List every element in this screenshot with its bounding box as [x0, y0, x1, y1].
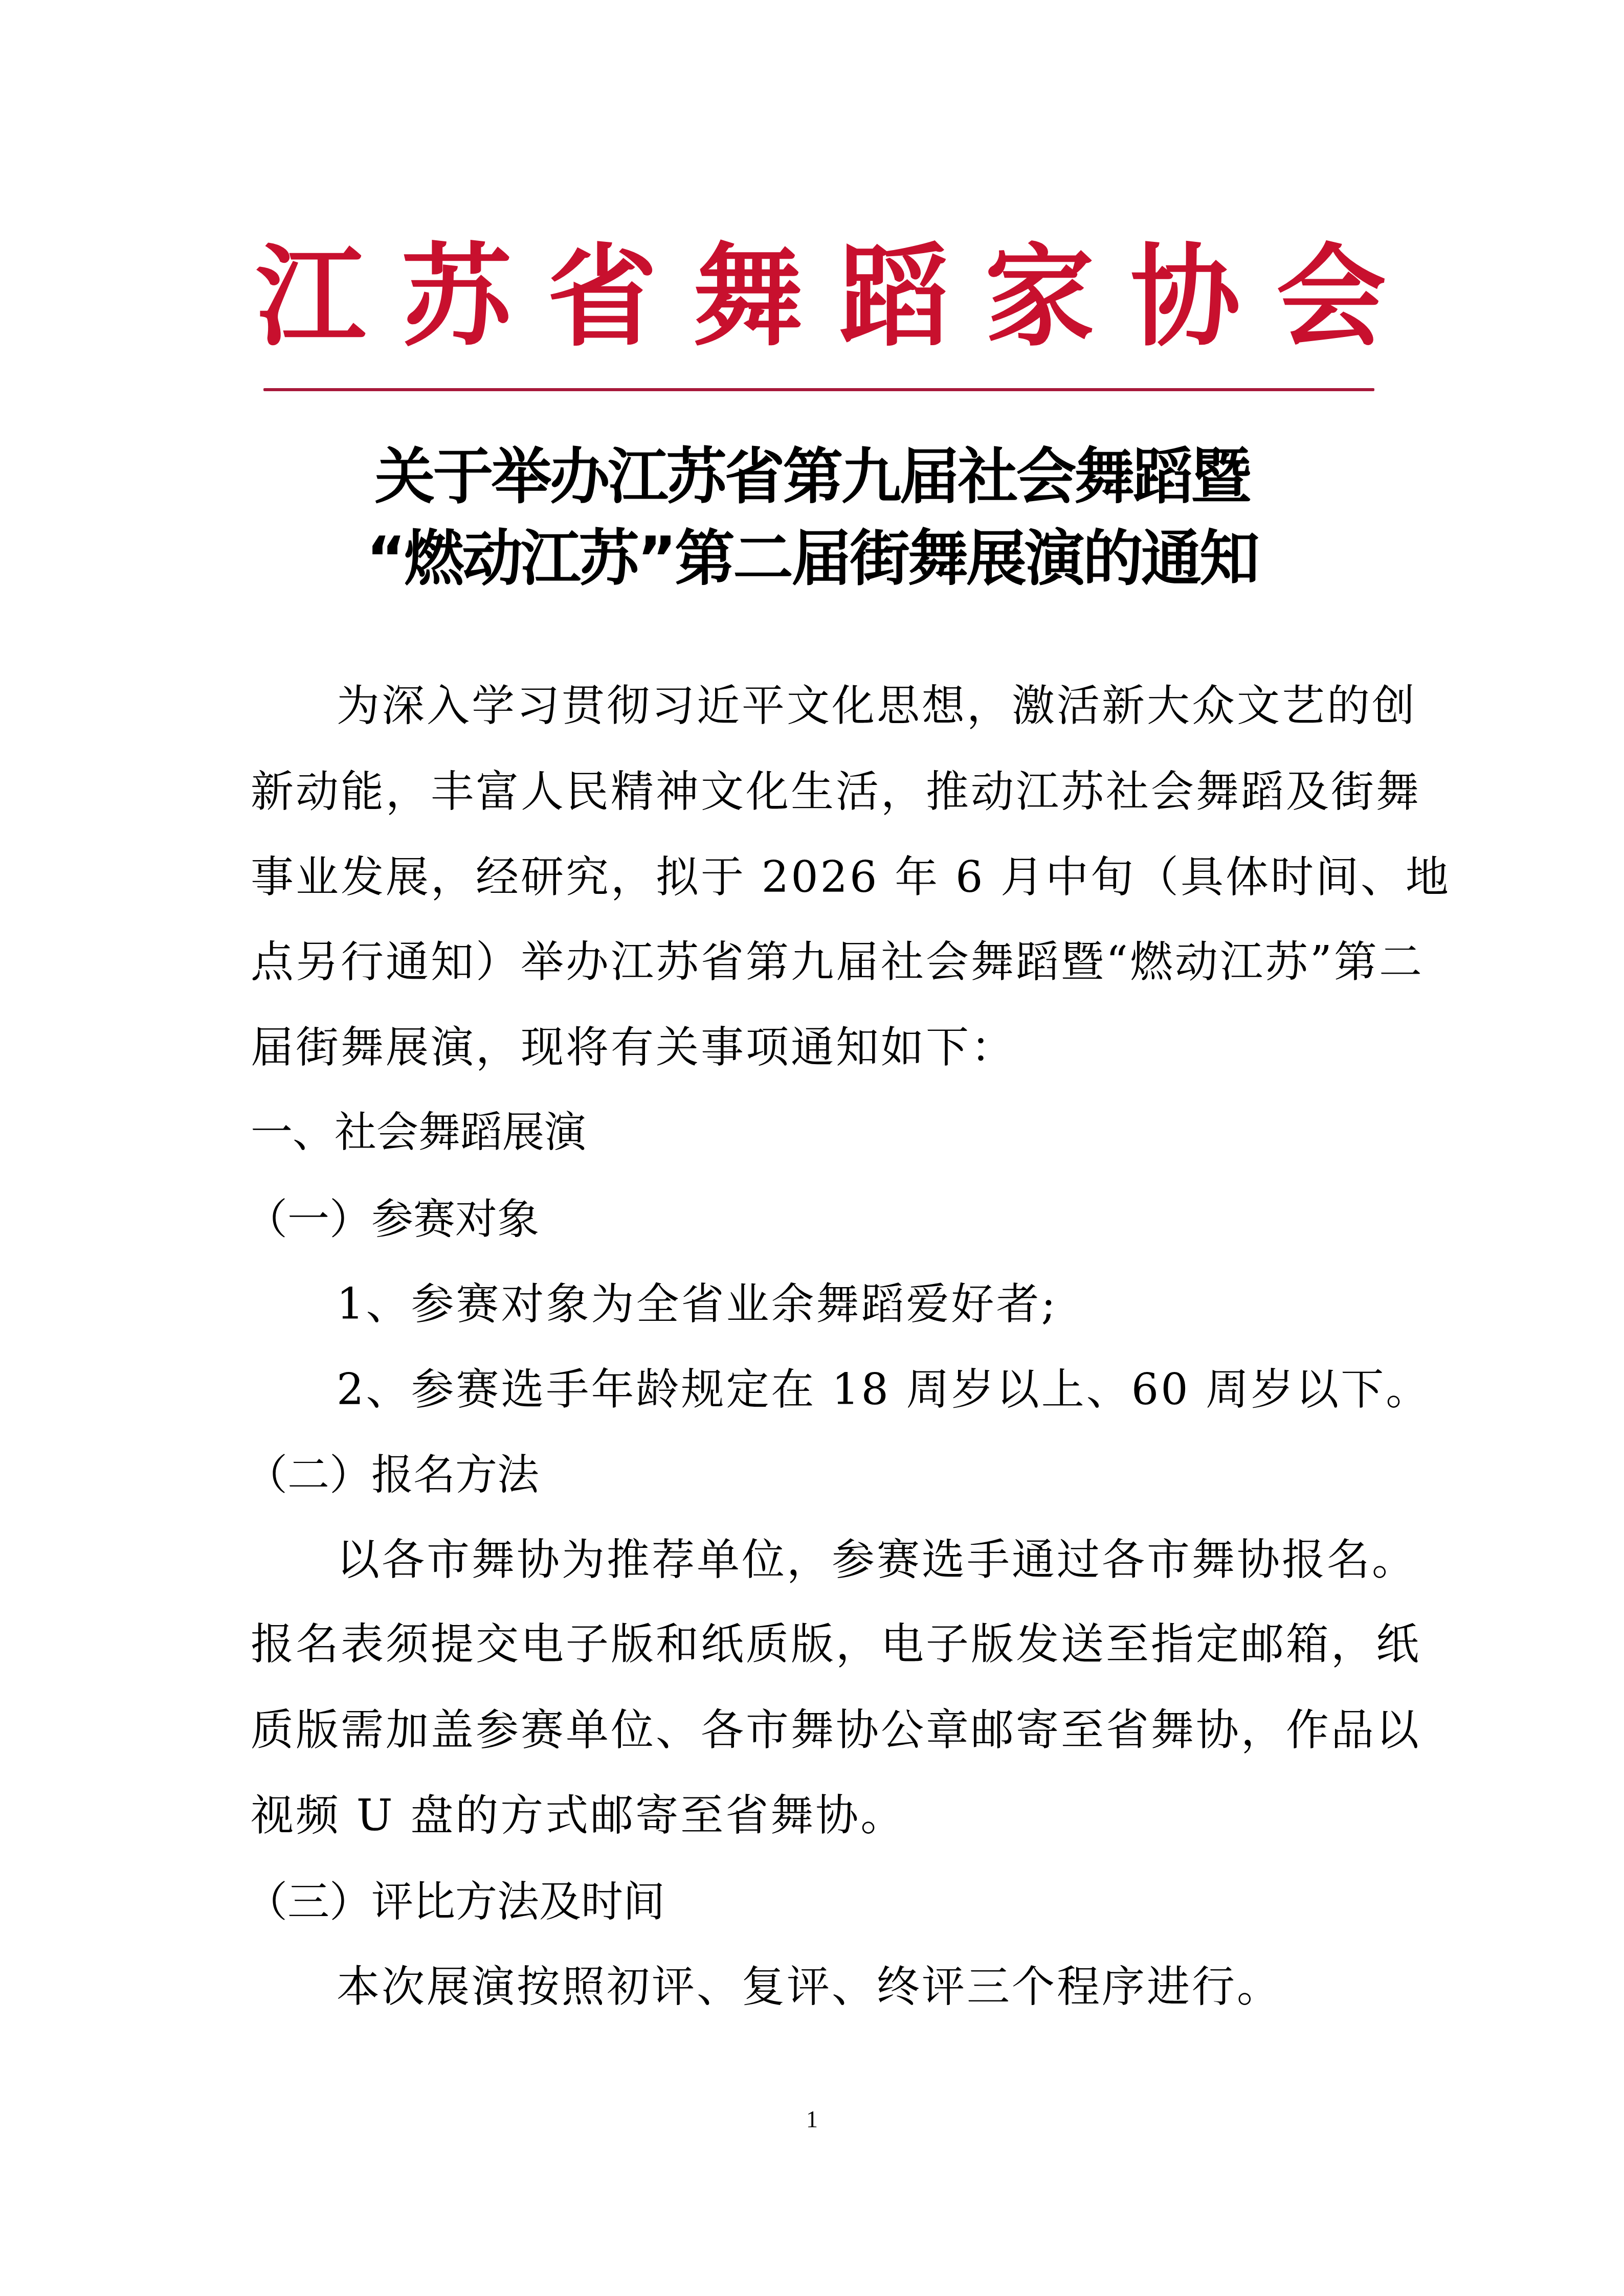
letterhead-divider: [263, 388, 1374, 391]
page-number: 1: [0, 2104, 1624, 2135]
document-title-line-1: 关于举办江苏省第九届社会舞蹈暨: [0, 441, 1624, 512]
organization-letterhead: 江 苏 省 舞 蹈 家 协 会: [256, 233, 1386, 361]
letterhead-char: 家: [985, 233, 1095, 361]
letterhead-char: 江: [256, 233, 366, 361]
section-heading-social-dance: 一、社会舞蹈展演: [251, 1105, 1384, 1161]
intro-paragraph-line: 新动能，丰富人民精神文化生活，推动江苏社会舞蹈及街舞: [251, 763, 1384, 820]
registration-paragraph-line: 报名表须提交电子版和纸质版，电子版发送至指定邮箱，纸: [251, 1616, 1384, 1672]
evaluation-paragraph-line: 本次展演按照初评、复评、终评三个程序进行。: [337, 1959, 1384, 2015]
registration-paragraph-line: 视频 U 盘的方式邮寄至省舞协。: [251, 1787, 1384, 1843]
letterhead-char: 会: [1276, 233, 1386, 361]
subsection-heading-registration: （二）报名方法: [246, 1447, 1378, 1503]
intro-paragraph-line: 为深入学习贯彻习近平文化思想，激活新大众文艺的创: [337, 678, 1384, 734]
document-page: 江 苏 省 舞 蹈 家 协 会 关于举办江苏省第九届社会舞蹈暨 “燃动江苏”第二…: [0, 0, 1624, 2296]
registration-paragraph-line: 以各市舞协为推荐单位，参赛选手通过各市舞协报名。: [337, 1532, 1384, 1588]
intro-paragraph-line: 事业发展，经研究，拟于 2026 年 6 月中旬（具体时间、地: [251, 849, 1384, 905]
subsection-heading-participants: （一）参赛对象: [246, 1191, 1378, 1248]
letterhead-char: 苏: [402, 233, 511, 361]
letterhead-char: 协: [1130, 233, 1240, 361]
letterhead-char: 蹈: [839, 233, 949, 361]
subsection-heading-evaluation: （三）评比方法及时间: [246, 1874, 1378, 1930]
participant-rule-item: 1、参赛对象为全省业余舞蹈爱好者;: [337, 1276, 1384, 1332]
document-title-line-2: “燃动江苏”第二届街舞展演的通知: [0, 523, 1624, 594]
intro-paragraph-line: 届街舞展演，现将有关事项通知如下：: [251, 1019, 1384, 1075]
letterhead-char: 舞: [693, 233, 803, 361]
participant-rule-item: 2、参赛选手年龄规定在 18 周岁以上、60 周岁以下。: [337, 1361, 1384, 1417]
intro-paragraph-line: 点另行通知）举办江苏省第九届社会舞蹈暨“燃动江苏”第二: [251, 934, 1384, 990]
registration-paragraph-line: 质版需加盖参赛单位、各市舞协公章邮寄至省舞协，作品以: [251, 1702, 1384, 1758]
letterhead-char: 省: [547, 233, 657, 361]
